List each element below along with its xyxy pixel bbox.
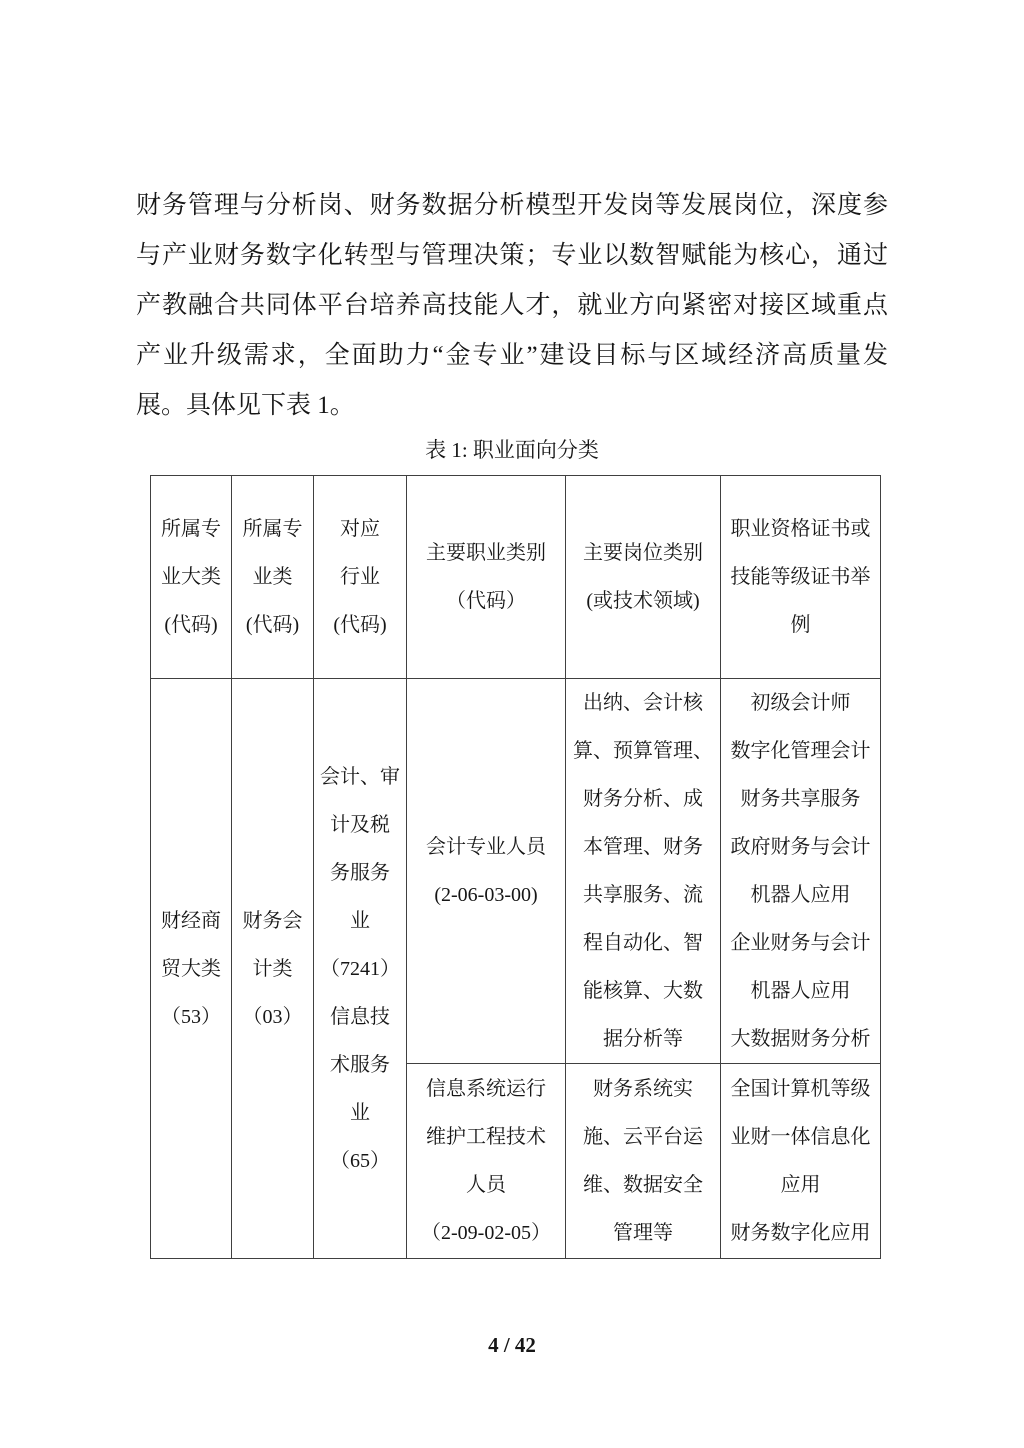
header-certificates: 职业资格证书或 技能等级证书举 例 — [721, 476, 881, 679]
table-header-row: 所属专 业大类 (代码) 所属专 业类 (代码) 对应 行业 (代码) 主要职业… — [151, 476, 881, 679]
cell-major-category: 财经商 贸大类 （53） — [151, 679, 232, 1259]
page-number: 4 / 42 — [0, 1330, 1024, 1360]
cell-positions-1: 出纳、会计核 算、预算管理、 财务分析、成 本管理、财务 共享服务、流 程自动化… — [566, 679, 721, 1064]
body-paragraph: 财务管理与分析岗、财务数据分析模型开发岗等发展岗位，深度参 与产业财务数字化转型… — [136, 181, 888, 431]
table-caption: 表 1: 职业面向分类 — [136, 434, 888, 466]
header-major-category: 所属专 业大类 (代码) — [151, 476, 232, 679]
table-row: 财经商 贸大类 （53） 财务会 计类 （03） 会计、审 计及税 务服务 业 … — [151, 679, 881, 1064]
cell-category: 财务会 计类 （03） — [232, 679, 314, 1259]
document-page: 财务管理与分析岗、财务数据分析模型开发岗等发展岗位，深度参 与产业财务数字化转型… — [0, 0, 1024, 1448]
paragraph-line: 与产业财务数字化转型与管理决策；专业以数智赋能为核心，通过 — [136, 231, 888, 281]
cell-positions-2: 财务系统实 施、云平台运 维、数据安全 管理等 — [566, 1064, 721, 1259]
header-occupation: 主要职业类别 （代码） — [407, 476, 566, 679]
header-category: 所属专 业类 (代码) — [232, 476, 314, 679]
paragraph-line: 产教融合共同体平台培养高技能人才，就业方向紧密对接区域重点 — [136, 281, 888, 331]
paragraph-line: 财务管理与分析岗、财务数据分析模型开发岗等发展岗位，深度参 — [136, 181, 888, 231]
cell-occupation-2: 信息系统运行 维护工程技术 人员 （2-09-02-05） — [407, 1064, 566, 1259]
cell-certificates-1: 初级会计师 数字化管理会计 财务共享服务 政府财务与会计 机器人应用 企业财务与… — [721, 679, 881, 1064]
occupation-table: 所属专 业大类 (代码) 所属专 业类 (代码) 对应 行业 (代码) 主要职业… — [150, 475, 881, 1259]
cell-industry: 会计、审 计及税 务服务 业 （7241） 信息技 术服务 业 （65） — [314, 679, 407, 1259]
paragraph-line: 产业升级需求，全面助力“金专业”建设目标与区域经济高质量发 — [136, 331, 888, 381]
paragraph-line: 展。具体见下表 1。 — [136, 381, 888, 431]
header-industry: 对应 行业 (代码) — [314, 476, 407, 679]
cell-certificates-2: 全国计算机等级 业财一体信息化 应用 财务数字化应用 — [721, 1064, 881, 1259]
cell-occupation-1: 会计专业人员 (2-06-03-00) — [407, 679, 566, 1064]
header-positions: 主要岗位类别 (或技术领域) — [566, 476, 721, 679]
